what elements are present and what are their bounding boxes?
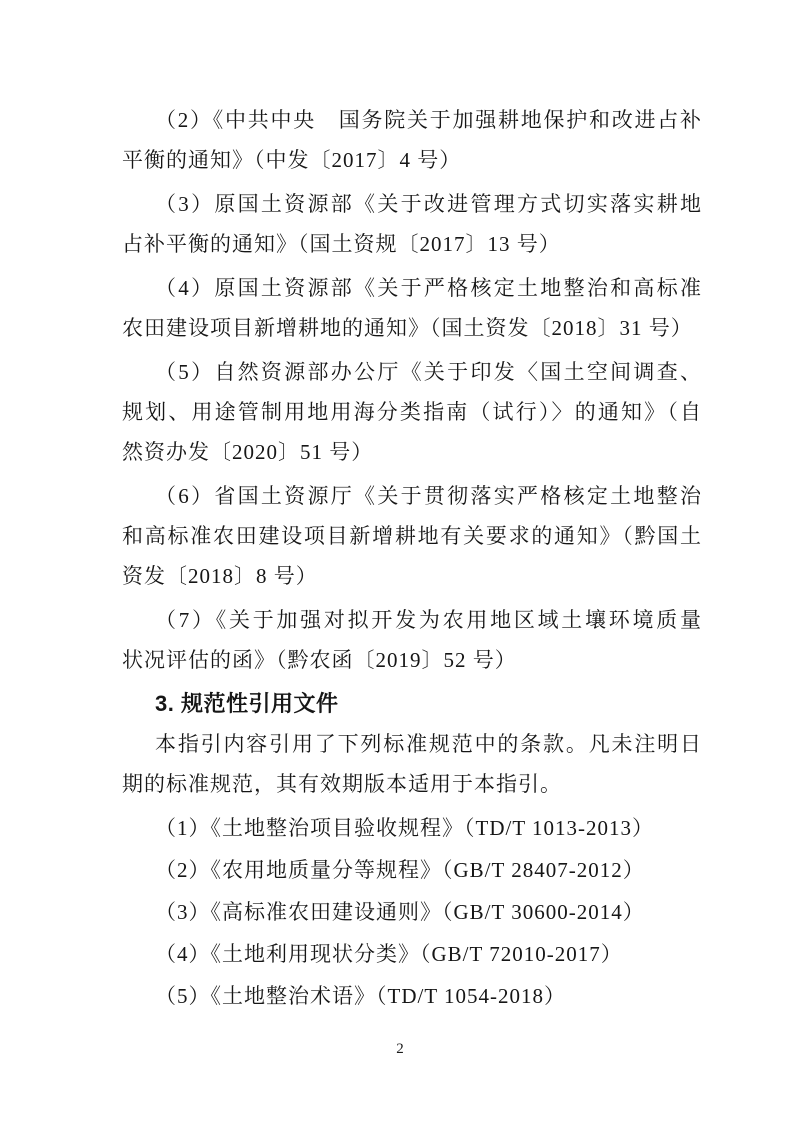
paragraph: （5）《土地整治术语》（TD/T 1054-2018） bbox=[122, 976, 702, 1016]
text-line: 和高标准农田建设项目新增耕地有关要求的通知》（黔国土 bbox=[122, 516, 702, 556]
text-line: 资发〔2018〕8 号） bbox=[122, 556, 702, 596]
paragraph: （1）《土地整治项目验收规程》（TD/T 1013-2013） bbox=[122, 808, 702, 848]
paragraph: 本指引内容引用了下列标准规范中的条款。凡未注明日期的标准规范，其有效期版本适用于… bbox=[122, 724, 702, 804]
text-line: 占补平衡的通知》（国土资规〔2017〕13 号） bbox=[122, 224, 702, 264]
text-line: （2）《中共中央 国务院关于加强耕地保护和改进占补 bbox=[122, 100, 702, 140]
text-line: 期的标准规范，其有效期版本适用于本指引。 bbox=[122, 764, 702, 804]
text-line: 状况评估的函》（黔农函〔2019〕52 号） bbox=[122, 640, 702, 680]
paragraph: （4）原国土资源部《关于严格核定土地整治和高标准农田建设项目新增耕地的通知》（国… bbox=[122, 268, 702, 348]
paragraph: （5）自然资源部办公厅《关于印发〈国土空间调查、规划、用途管制用地用海分类指南（… bbox=[122, 352, 702, 472]
paragraph: （4）《土地利用现状分类》（GB/T 72010-2017） bbox=[122, 934, 702, 974]
text-line: （7）《关于加强对拟开发为农用地区域土壤环境质量 bbox=[122, 600, 702, 640]
paragraph: （3）《高标准农田建设通则》（GB/T 30600-2014） bbox=[122, 892, 702, 932]
text-line: （3）原国土资源部《关于改进管理方式切实落实耕地 bbox=[122, 184, 702, 224]
text-line: 规划、用途管制用地用海分类指南（试行）〉的通知》（自 bbox=[122, 392, 702, 432]
text-line: （5）自然资源部办公厅《关于印发〈国土空间调查、 bbox=[122, 352, 702, 392]
text-line: （2）《农用地质量分等规程》（GB/T 28407-2012） bbox=[122, 850, 702, 890]
text-line: （4）《土地利用现状分类》（GB/T 72010-2017） bbox=[122, 934, 702, 974]
section-heading: 3. 规范性引用文件 bbox=[122, 684, 702, 724]
text-line: （6）省国土资源厅《关于贯彻落实严格核定土地整治 bbox=[122, 476, 702, 516]
text-line: 然资办发〔2020〕51 号） bbox=[122, 432, 702, 472]
paragraph: （7）《关于加强对拟开发为农用地区域土壤环境质量状况评估的函》（黔农函〔2019… bbox=[122, 600, 702, 680]
paragraph: （6）省国土资源厅《关于贯彻落实严格核定土地整治和高标准农田建设项目新增耕地有关… bbox=[122, 476, 702, 596]
paragraph: （3）原国土资源部《关于改进管理方式切实落实耕地占补平衡的通知》（国土资规〔20… bbox=[122, 184, 702, 264]
text-line: （4）原国土资源部《关于严格核定土地整治和高标准 bbox=[122, 268, 702, 308]
text-line: 本指引内容引用了下列标准规范中的条款。凡未注明日 bbox=[122, 724, 702, 764]
text-line: （5）《土地整治术语》（TD/T 1054-2018） bbox=[122, 976, 702, 1016]
paragraph: （2）《农用地质量分等规程》（GB/T 28407-2012） bbox=[122, 850, 702, 890]
text-line: 农田建设项目新增耕地的通知》（国土资发〔2018〕31 号） bbox=[122, 308, 702, 348]
page-number: 2 bbox=[0, 1038, 800, 1060]
paragraph: （2）《中共中央 国务院关于加强耕地保护和改进占补平衡的通知》（中发〔2017〕… bbox=[122, 100, 702, 180]
document-body: （2）《中共中央 国务院关于加强耕地保护和改进占补平衡的通知》（中发〔2017〕… bbox=[122, 100, 702, 1016]
text-line: 平衡的通知》（中发〔2017〕4 号） bbox=[122, 140, 702, 180]
text-line: 3. 规范性引用文件 bbox=[122, 684, 702, 724]
text-line: （1）《土地整治项目验收规程》（TD/T 1013-2013） bbox=[122, 808, 702, 848]
text-line: （3）《高标准农田建设通则》（GB/T 30600-2014） bbox=[122, 892, 702, 932]
